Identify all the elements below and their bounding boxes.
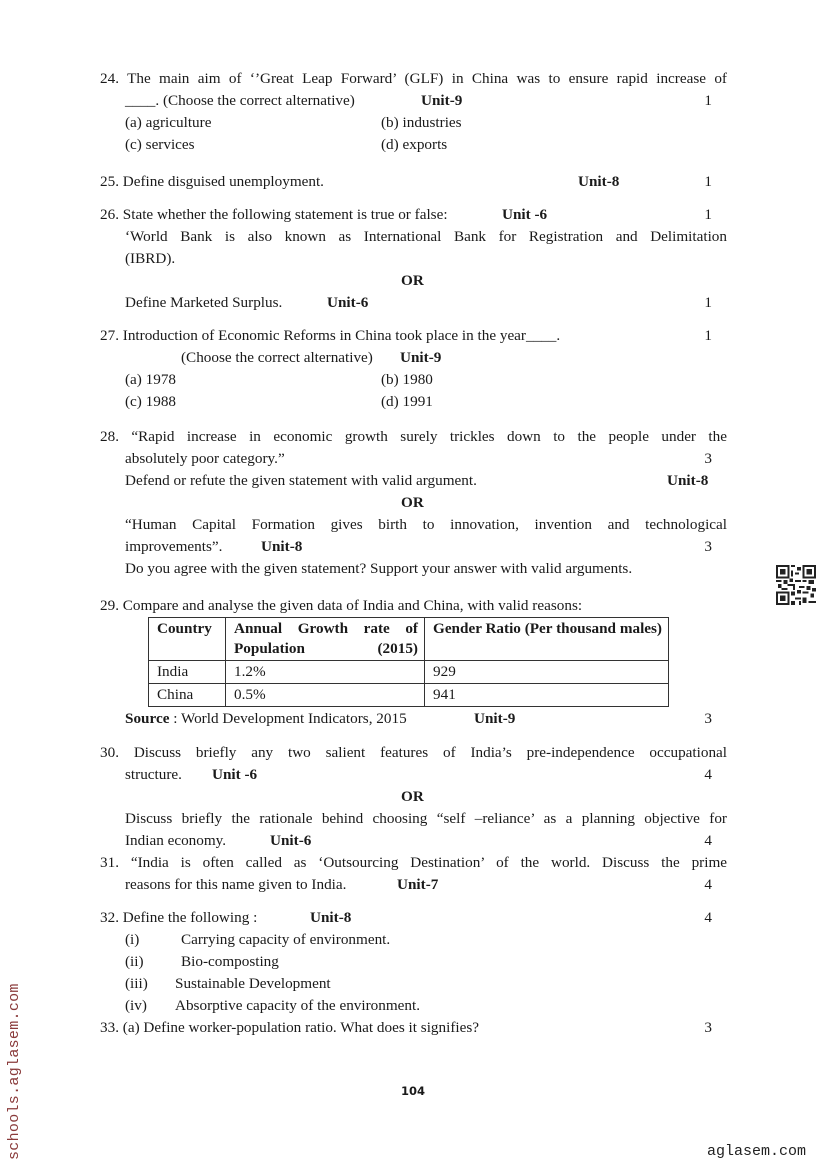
q33-marks: 3	[690, 1018, 712, 1038]
q29-unit: Unit-9	[474, 709, 515, 729]
q28-alt-unit: Unit-8	[261, 537, 302, 557]
q24-line1: 24. The main aim of ‘’Great Leap Forward…	[100, 69, 727, 89]
table-row: India 1.2% 929	[149, 661, 669, 684]
q28-or: OR	[401, 493, 424, 513]
table-cell: 929	[425, 661, 669, 684]
q31-line2: reasons for this name given to India.	[125, 875, 346, 895]
q30-line1: 30. Discuss briefly any two salient feat…	[100, 743, 727, 763]
q29-line1: 29. Compare and analyse the given data o…	[100, 596, 582, 616]
q32-item-text: Bio-composting	[181, 952, 279, 972]
q28-line3: Defend or refute the given statement wit…	[125, 471, 477, 491]
footer-watermark: aglasem.com	[707, 1143, 806, 1160]
q32-unit: Unit-8	[310, 908, 351, 928]
q32-item-text: Sustainable Development	[175, 974, 331, 994]
q31-line1: 31. “India is often called as ‘Outsourci…	[100, 853, 727, 873]
q32-item-num: (iii)	[125, 974, 148, 994]
table-header-cell: Annual Growth rate of Population (2015)	[226, 618, 425, 661]
q28-alt3: Do you agree with the given statement? S…	[125, 559, 632, 579]
q26-unit: Unit -6	[502, 205, 547, 225]
q25-marks: 1	[690, 172, 712, 192]
q32-item-text: Carrying capacity of environment.	[181, 930, 390, 950]
q24-unit: Unit-9	[421, 91, 462, 111]
q30-alt2: Indian economy.	[125, 831, 226, 851]
q26-alt-unit: Unit-6	[327, 293, 368, 313]
q27-option-a: (a) 1978	[125, 370, 176, 390]
q30-alt-unit: Unit-6	[270, 831, 311, 851]
page-number: 104	[401, 1084, 425, 1098]
q30-unit: Unit -6	[212, 765, 257, 785]
q33-text: 33. (a) Define worker-population ratio. …	[100, 1018, 479, 1038]
q31-unit: Unit-7	[397, 875, 438, 895]
q24-option-c: (c) services	[125, 135, 195, 155]
q26-alt: Define Marketed Surplus.	[125, 293, 282, 313]
q27-line1: 27. Introduction of Economic Reforms in …	[100, 326, 560, 346]
q24-option-a: (a) agriculture	[125, 113, 211, 133]
q32-item-num: (ii)	[125, 952, 144, 972]
q26-line1: 26. State whether the following statemen…	[100, 205, 448, 225]
table-header-cell: Gender Ratio (Per thousand males)	[425, 618, 669, 661]
q27-option-b: (b) 1980	[381, 370, 433, 390]
q26-alt-marks: 1	[690, 293, 712, 313]
q32-marks: 4	[690, 908, 712, 928]
q29-source-text: : World Development Indicators, 2015	[169, 710, 406, 727]
q28-unit: Unit-8	[667, 471, 708, 491]
table-cell: 0.5%	[226, 684, 425, 707]
q25-text: 25. Define disguised unemployment.	[100, 172, 324, 192]
q27-option-d: (d) 1991	[381, 392, 433, 412]
q28-alt-marks: 3	[690, 537, 712, 557]
q29-source-label: Source	[125, 710, 169, 727]
q27-marks: 1	[690, 326, 712, 346]
q24-line2: ____. (Choose the correct alternative)	[125, 91, 355, 111]
side-watermark: schools.aglasem.com	[6, 983, 23, 1160]
q32-line1: 32. Define the following :	[100, 908, 257, 928]
q26-line3: (IBRD).	[125, 249, 175, 269]
q25-unit: Unit-8	[578, 172, 619, 192]
table-cell: 1.2%	[226, 661, 425, 684]
qr-code-icon	[776, 565, 816, 605]
q28-line1: 28. “Rapid increase in economic growth s…	[100, 427, 727, 447]
q27-unit: Unit-9	[400, 348, 441, 368]
india-china-data-table: Country Annual Growth rate of Population…	[148, 617, 669, 707]
q26-or: OR	[401, 271, 424, 291]
q24-option-b: (b) industries	[381, 113, 462, 133]
table-cell: India	[149, 661, 226, 684]
q32-item-num: (iv)	[125, 996, 147, 1016]
q26-marks: 1	[690, 205, 712, 225]
q28-alt2: improvements”.	[125, 537, 222, 557]
q28-alt1: “Human Capital Formation gives birth to …	[125, 515, 727, 535]
q30-alt-marks: 4	[690, 831, 712, 851]
table-header-row: Country Annual Growth rate of Population…	[149, 618, 669, 661]
q27-option-c: (c) 1988	[125, 392, 176, 412]
table-header-cell: Country	[149, 618, 226, 661]
q30-line2: structure.	[125, 765, 182, 785]
q30-or: OR	[401, 787, 424, 807]
q26-line2: ‘World Bank is also known as Internation…	[125, 227, 727, 247]
q29-marks: 3	[690, 709, 712, 729]
q32-item-num: (i)	[125, 930, 139, 950]
q31-marks: 4	[690, 875, 712, 895]
q24-marks: 1	[690, 91, 712, 111]
q28-marks: 3	[690, 449, 712, 469]
table-cell: China	[149, 684, 226, 707]
q24-option-d: (d) exports	[381, 135, 447, 155]
q27-line2: (Choose the correct alternative)	[181, 348, 373, 368]
q28-line2: absolutely poor category.”	[125, 449, 285, 469]
q32-item-text: Absorptive capacity of the environment.	[175, 996, 420, 1016]
table-row: China 0.5% 941	[149, 684, 669, 707]
table-cell: 941	[425, 684, 669, 707]
q29-source: Source : World Development Indicators, 2…	[125, 709, 407, 729]
q30-marks: 4	[690, 765, 712, 785]
q30-alt1: Discuss briefly the rationale behind cho…	[125, 809, 727, 829]
